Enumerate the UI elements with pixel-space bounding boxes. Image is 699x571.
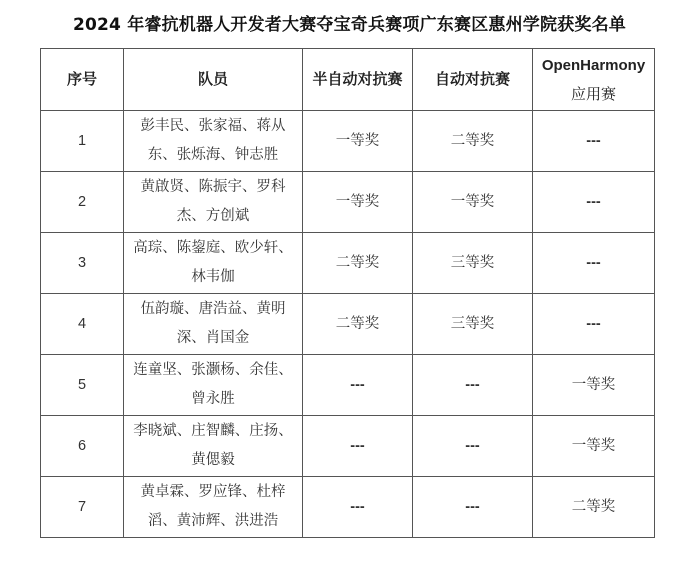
row-openharmony: 一等奖 bbox=[533, 355, 655, 416]
table-row: 1 彭丰民、张家福、蒋从东、张烁海、钟志胜 一等奖 二等奖 --- bbox=[41, 111, 655, 172]
table-row: 2 黄啟贤、陈振宇、罗科杰、方创斌 一等奖 一等奖 --- bbox=[41, 172, 655, 233]
table-row: 6 李晓斌、庄智麟、庄扬、黄偲毅 --- --- 一等奖 bbox=[41, 416, 655, 477]
row-members: 连童坚、张灏杨、余佳、曾永胜 bbox=[124, 355, 303, 416]
row-openharmony: 二等奖 bbox=[533, 477, 655, 538]
row-auto: --- bbox=[413, 355, 533, 416]
row-index: 4 bbox=[41, 294, 124, 355]
table-row: 5 连童坚、张灏杨、余佳、曾永胜 --- --- 一等奖 bbox=[41, 355, 655, 416]
row-openharmony: --- bbox=[533, 294, 655, 355]
row-auto: --- bbox=[413, 477, 533, 538]
row-members: 李晓斌、庄智麟、庄扬、黄偲毅 bbox=[124, 416, 303, 477]
row-index: 2 bbox=[41, 172, 124, 233]
table-header-row: 序号 队员 半自动对抗赛 自动对抗赛 OpenHarmony 应用赛 bbox=[41, 49, 655, 111]
header-openharmony-line2: 应用赛 bbox=[537, 80, 650, 109]
row-index: 7 bbox=[41, 477, 124, 538]
row-index: 3 bbox=[41, 233, 124, 294]
row-auto: 三等奖 bbox=[413, 294, 533, 355]
header-openharmony: OpenHarmony 应用赛 bbox=[533, 49, 655, 111]
row-members: 黄卓霖、罗应锋、杜梓滔、黄沛辉、洪进浩 bbox=[124, 477, 303, 538]
table-row: 7 黄卓霖、罗应锋、杜梓滔、黄沛辉、洪进浩 --- --- 二等奖 bbox=[41, 477, 655, 538]
row-semi-auto: 一等奖 bbox=[303, 172, 413, 233]
row-auto: 一等奖 bbox=[413, 172, 533, 233]
row-openharmony: --- bbox=[533, 233, 655, 294]
row-auto: --- bbox=[413, 416, 533, 477]
row-openharmony: 一等奖 bbox=[533, 416, 655, 477]
row-semi-auto: --- bbox=[303, 416, 413, 477]
row-members: 彭丰民、张家福、蒋从东、张烁海、钟志胜 bbox=[124, 111, 303, 172]
row-semi-auto: --- bbox=[303, 355, 413, 416]
row-auto: 三等奖 bbox=[413, 233, 533, 294]
row-index: 1 bbox=[41, 111, 124, 172]
row-semi-auto: 一等奖 bbox=[303, 111, 413, 172]
row-members: 黄啟贤、陈振宇、罗科杰、方创斌 bbox=[124, 172, 303, 233]
header-auto: 自动对抗赛 bbox=[413, 49, 533, 111]
header-members: 队员 bbox=[124, 49, 303, 111]
row-members: 伍韵璇、唐浩益、黄明深、肖国金 bbox=[124, 294, 303, 355]
row-openharmony: --- bbox=[533, 172, 655, 233]
header-index: 序号 bbox=[41, 49, 124, 111]
row-semi-auto: 二等奖 bbox=[303, 294, 413, 355]
document-title: 2024 年睿抗机器人开发者大赛夺宝奇兵赛项广东赛区惠州学院获奖名单 bbox=[0, 10, 699, 35]
row-auto: 二等奖 bbox=[413, 111, 533, 172]
row-index: 5 bbox=[41, 355, 124, 416]
row-members: 高琮、陈鋆庭、欧少轩、林韦伽 bbox=[124, 233, 303, 294]
header-openharmony-line1: OpenHarmony bbox=[537, 51, 650, 80]
row-semi-auto: --- bbox=[303, 477, 413, 538]
header-semi-auto: 半自动对抗赛 bbox=[303, 49, 413, 111]
table-row: 3 高琮、陈鋆庭、欧少轩、林韦伽 二等奖 三等奖 --- bbox=[41, 233, 655, 294]
table-row: 4 伍韵璇、唐浩益、黄明深、肖国金 二等奖 三等奖 --- bbox=[41, 294, 655, 355]
row-index: 6 bbox=[41, 416, 124, 477]
row-semi-auto: 二等奖 bbox=[303, 233, 413, 294]
awards-table: 序号 队员 半自动对抗赛 自动对抗赛 OpenHarmony 应用赛 1 彭丰民… bbox=[40, 48, 655, 538]
row-openharmony: --- bbox=[533, 111, 655, 172]
